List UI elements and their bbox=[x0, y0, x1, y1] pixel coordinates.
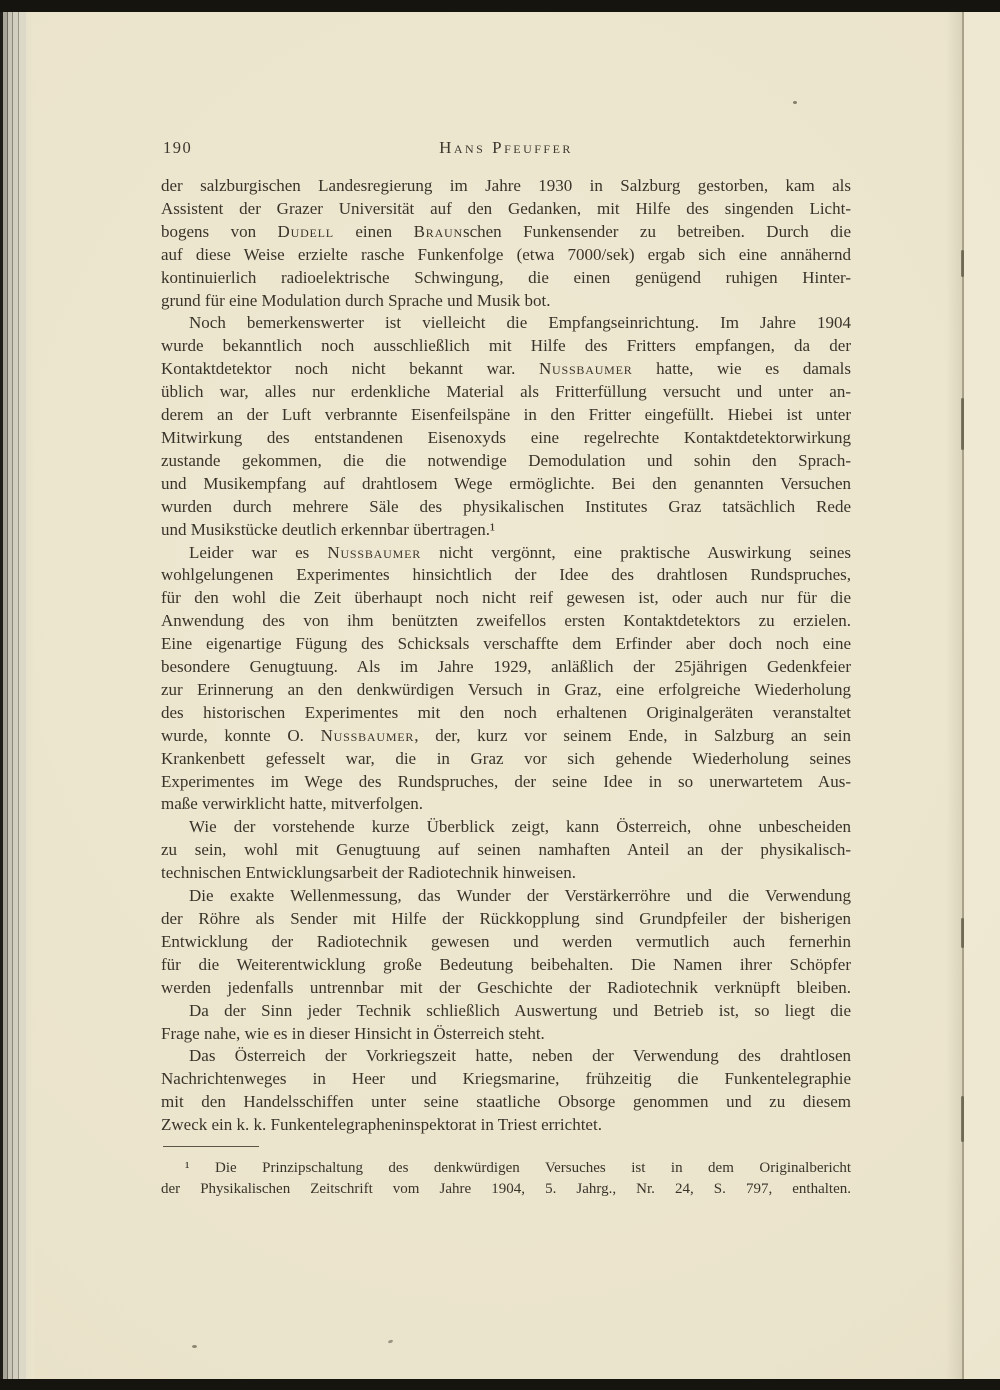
crease-dark-mark bbox=[961, 918, 964, 948]
text-line: wurde bekanntlich noch ausschließlich mi… bbox=[161, 335, 851, 358]
text-line: mit den Handelsschiffen unter seine staa… bbox=[161, 1091, 851, 1114]
text-line: zur Erinnerung an den denkwürdigen Versu… bbox=[161, 679, 851, 702]
text-line: derem an der Luft verbrannte Eisenfeilsp… bbox=[161, 404, 851, 427]
text-line: Krankenbett gefesselt war, die in Graz v… bbox=[161, 748, 851, 771]
crease-dark-mark bbox=[961, 398, 964, 450]
text-line: maße verwirklicht hatte, mitverfolgen. bbox=[161, 793, 851, 816]
crease-dark-mark bbox=[961, 250, 964, 277]
footnote-rule bbox=[163, 1146, 259, 1147]
text-line: Anwendung des von ihm benützten zweifell… bbox=[161, 610, 851, 633]
paragraph: Leider war es Nussbaumer nicht vergönnt,… bbox=[161, 542, 851, 817]
footnote-line: ¹ Die Prinzipschaltung des denkwürdigen … bbox=[161, 1158, 851, 1179]
text-line: werden jedenfalls untrennbar mit der Ges… bbox=[161, 977, 851, 1000]
text-line: der salzburgischen Landesregierung im Ja… bbox=[161, 175, 851, 198]
text-line: besondere Genugtuung. Als im Jahre 1929,… bbox=[161, 656, 851, 679]
page-header: 190 Hans Pfeuffer bbox=[161, 138, 851, 160]
text-line: bogens von Dudell einen Braunschen Funke… bbox=[161, 221, 851, 244]
text-line: und Musikempfang auf drahtlosem Wege erm… bbox=[161, 473, 851, 496]
paragraph: Das Österreich der Vorkriegszeit hatte, … bbox=[161, 1045, 851, 1137]
text-line: Assistent der Grazer Universität auf den… bbox=[161, 198, 851, 221]
text-line: wurde, konnte O. Nussbaumer, der, kurz v… bbox=[161, 725, 851, 748]
text-line: auf diese Weise erzielte rasche Funkenfo… bbox=[161, 244, 851, 267]
footnote-text: ¹ Die Prinzipschaltung des denkwürdigen … bbox=[161, 1158, 851, 1200]
text-line: zu sein, wohl mit Genugtuung auf seinen … bbox=[161, 839, 851, 862]
text-line: grund für eine Modulation durch Sprache … bbox=[161, 290, 851, 313]
text-line: Da der Sinn jeder Technik schließlich Au… bbox=[161, 1000, 851, 1023]
page-crease-shadow bbox=[946, 12, 962, 1379]
scanned-book-page: 190 Hans Pfeuffer der salzburgischen Lan… bbox=[0, 0, 1000, 1390]
paper-speck bbox=[793, 101, 797, 104]
text-line: der Röhre als Sender mit Hilfe der Rückk… bbox=[161, 908, 851, 931]
text-line: für den wohl die Zeit überhaupt noch nic… bbox=[161, 587, 851, 610]
text-line: Das Österreich der Vorkriegszeit hatte, … bbox=[161, 1045, 851, 1068]
text-line: Die exakte Wellenmessung, das Wunder der… bbox=[161, 885, 851, 908]
text-line: Wie der vorstehende kurze Überblick zeig… bbox=[161, 816, 851, 839]
text-line: zustande gekommen, die die notwendige De… bbox=[161, 450, 851, 473]
text-line: Eine eigenartige Fügung des Schicksals v… bbox=[161, 633, 851, 656]
text-line: des historischen Experimentes mit den no… bbox=[161, 702, 851, 725]
text-line: Frage nahe, wie es in dieser Hinsicht in… bbox=[161, 1023, 851, 1046]
text-line: Experimentes im Wege des Rundspruches, d… bbox=[161, 771, 851, 794]
paragraph: Wie der vorstehende kurze Überblick zeig… bbox=[161, 816, 851, 885]
text-line: Zweck ein k. k. Funkentelegrapheninspekt… bbox=[161, 1114, 851, 1137]
text-line: üblich war, alles nur erdenkliche Materi… bbox=[161, 381, 851, 404]
text-line: Nachrichtenweges in Heer und Kriegsmarin… bbox=[161, 1068, 851, 1091]
text-line: und Musikstücke deutlich erkennbar übert… bbox=[161, 519, 851, 542]
text-line: wurden durch mehrere Säle des physikalis… bbox=[161, 496, 851, 519]
paragraph: der salzburgischen Landesregierung im Ja… bbox=[161, 175, 851, 312]
page-stack-left-edge bbox=[0, 0, 34, 1390]
text-line: Kontaktdetektor noch nicht bekannt war. … bbox=[161, 358, 851, 381]
scan-bottom-edge-bar bbox=[0, 1379, 1000, 1390]
text-line: wohlgelungenen Experimentes hinsichtlich… bbox=[161, 564, 851, 587]
text-line: kontinuierlich radioelektrische Schwingu… bbox=[161, 267, 851, 290]
text-line: Noch bemerkenswerter ist vielleicht die … bbox=[161, 312, 851, 335]
running-header: Hans Pfeuffer bbox=[161, 138, 851, 158]
text-line: technischen Entwicklungsarbeit der Radio… bbox=[161, 862, 851, 885]
crease-dark-mark bbox=[961, 1096, 964, 1142]
text-line: für die Weiterentwicklung große Bedeutun… bbox=[161, 954, 851, 977]
paragraph: Noch bemerkenswerter ist vielleicht die … bbox=[161, 312, 851, 541]
body-text: der salzburgischen Landesregierung im Ja… bbox=[161, 175, 851, 1137]
paragraph: Die exakte Wellenmessung, das Wunder der… bbox=[161, 885, 851, 1000]
paper-speck bbox=[192, 1345, 197, 1348]
text-line: Entwicklung der Radiotechnik gewesen und… bbox=[161, 931, 851, 954]
page-crease-line bbox=[962, 12, 964, 1379]
paragraph: Da der Sinn jeder Technik schließlich Au… bbox=[161, 1000, 851, 1046]
scan-top-edge-bar bbox=[0, 0, 1000, 12]
text-line: Mitwirkung des entstandenen Eisenoxyds e… bbox=[161, 427, 851, 450]
paper-speck bbox=[388, 1339, 394, 1344]
page-right-sliver bbox=[964, 12, 1000, 1379]
text-line: Leider war es Nussbaumer nicht vergönnt,… bbox=[161, 542, 851, 565]
footnote-line: der Physikalischen Zeitschrift vom Jahre… bbox=[161, 1179, 851, 1200]
